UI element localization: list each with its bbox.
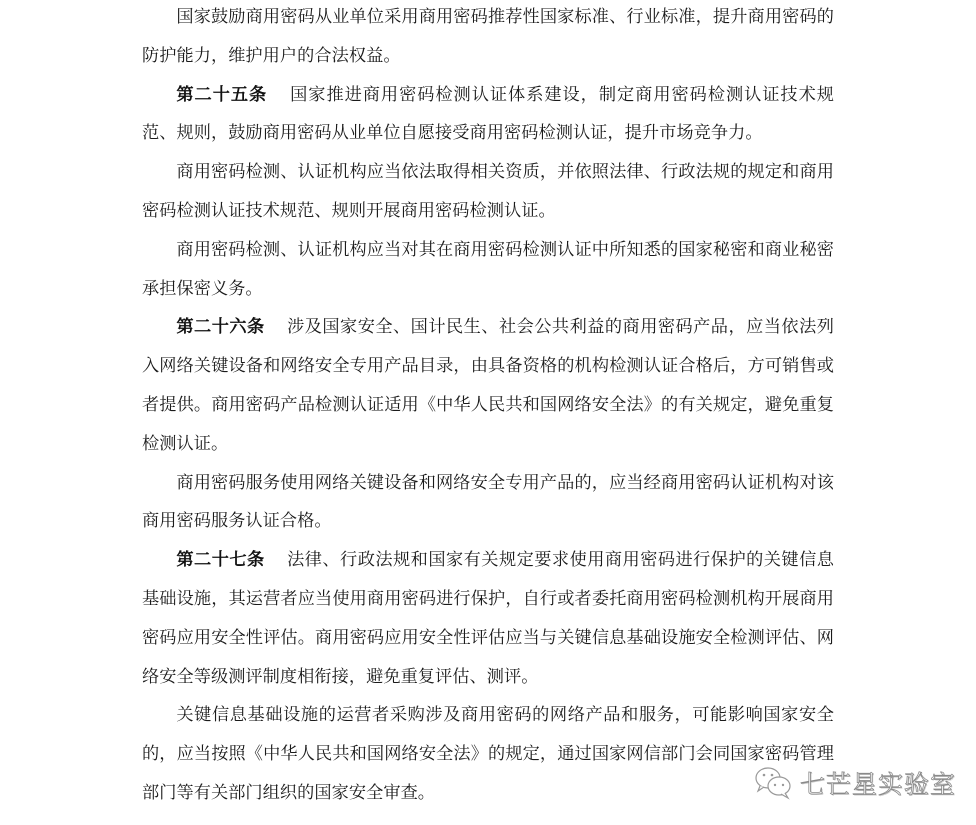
paragraph: 关键信息基础设施的运营者采购涉及商用密码的网络产品和服务，可能影响国家安全的，应… [142,696,834,812]
article-number: 第二十五条 [176,85,267,105]
watermark-text: 七芒星实验室 [800,765,956,801]
paragraph: 商用密码服务使用网络关键设备和网络安全专用产品的，应当经商用密码认证机构对该商用… [142,464,834,542]
paragraph-text: 商用密码检测、认证机构应当依法取得相关资质，并依照法律、行政法规的规定和商用密码… [142,162,834,221]
paragraph: 国家鼓励商用密码从业单位采用商用密码推荐性国家标准、行业标准，提升商用密码的防护… [142,0,834,76]
paragraph: 第二十五条国家推进商用密码检测认证体系建设，制定商用密码检测认证技术规范、规则，… [142,76,834,154]
watermark: 七芒星实验室 [754,764,956,802]
paragraph-text: 商用密码服务使用网络关键设备和网络安全专用产品的，应当经商用密码认证机构对该商用… [142,473,834,532]
paragraph-text: 国家鼓励商用密码从业单位采用商用密码推荐性国家标准、行业标准，提升商用密码的防护… [142,7,834,66]
paragraph-text: 商用密码检测、认证机构应当对其在商用密码检测认证中所知悉的国家秘密和商业秘密承担… [142,240,834,299]
document-body: 国家鼓励商用密码从业单位采用商用密码推荐性国家标准、行业标准，提升商用密码的防护… [142,0,834,813]
article-number: 第二十七条 [176,550,264,570]
paragraph: 商用密码检测、认证机构应当依法取得相关资质，并依照法律、行政法规的规定和商用密码… [142,153,834,231]
wechat-icon [754,765,792,801]
article-number: 第二十六条 [176,317,264,337]
paragraph: 第二十七条法律、行政法规和国家有关规定要求使用商用密码进行保护的关键信息基础设施… [142,541,834,696]
paragraph-text: 法律、行政法规和国家有关规定要求使用商用密码进行保护的关键信息基础设施，其运营者… [142,550,834,686]
paragraph-text: 关键信息基础设施的运营者采购涉及商用密码的网络产品和服务，可能影响国家安全的，应… [142,705,834,803]
paragraph: 商用密码检测、认证机构应当对其在商用密码检测认证中所知悉的国家秘密和商业秘密承担… [142,231,834,309]
paragraph: 第二十六条涉及国家安全、国计民生、社会公共利益的商用密码产品，应当依法列入网络关… [142,308,834,463]
paragraph-text: 涉及国家安全、国计民生、社会公共利益的商用密码产品，应当依法列入网络关键设备和网… [142,317,834,453]
